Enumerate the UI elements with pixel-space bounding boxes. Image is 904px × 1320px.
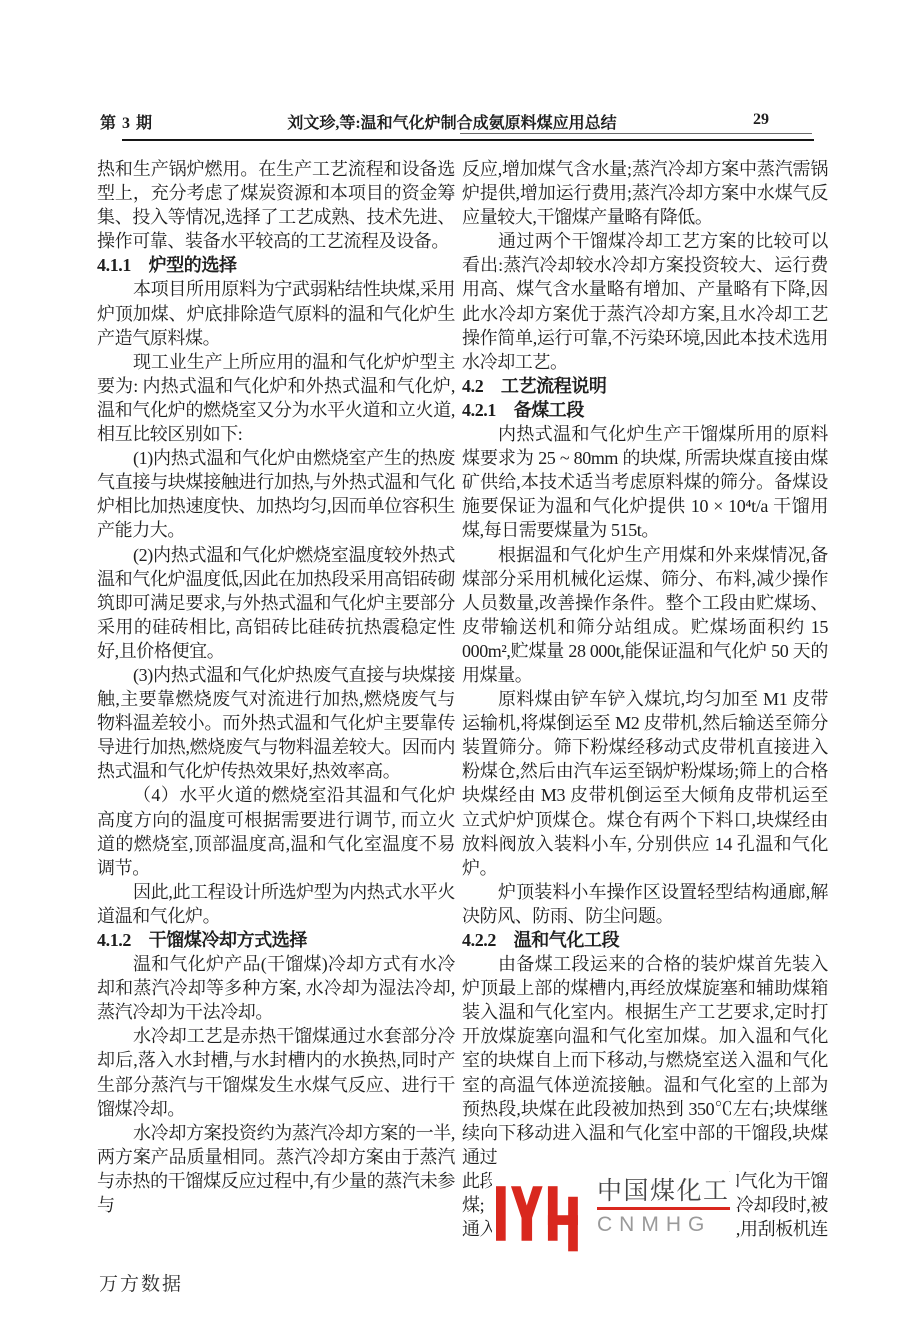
paragraph: 内热式温和气化炉生产干馏煤所用的原料煤要求为 25 ~ 80mm 的块煤, 所需… [462,422,828,542]
paragraph: 根据温和气化炉生产用煤和外来煤情况,备煤部分采用机械化运煤、筛分、布料,减少操作… [462,543,828,688]
section-heading: 4.2 工艺流程说明 [462,374,828,398]
header-rule-artifact [460,133,812,134]
section-heading: 4.2.1 备煤工段 [462,398,828,422]
paragraph: 原料煤由铲车铲入煤坑,均匀加至 M1 皮带运输机,将煤倒运至 M2 皮带机,然后… [462,687,828,880]
left-column: 热和生产锅炉燃用。在生产工艺流程和设备选型上，充分考虑了煤炭资源和本项目的资金筹… [97,157,455,1241]
paragraph: (3)内热式温和气化炉热废气直接与块煤接触,主要靠燃烧废气对流进行加热,燃烧废气… [97,663,455,783]
article-body: 热和生产锅炉燃用。在生产工艺流程和设备选型上，充分考虑了煤炭资源和本项目的资金筹… [97,157,828,1241]
footer-watermark: 万方数据 [99,1269,183,1296]
watermark-underline [597,1207,730,1210]
paragraph: 炉顶装料小车操作区设置轻型结构通廊,解决防风、防雨、防尘问题。 [462,880,828,928]
paragraph: 本项目所用原料为宁武弱粘结性块煤,采用炉顶加煤、炉底排除造气原料的温和气化炉生产… [97,277,455,349]
cnmhg-watermark: 中国煤化工 CNMHG [492,1172,736,1254]
paragraph: 反应,增加煤气含水量;蒸汽冷却方案中蒸汽需锅炉提供,增加运行费用;蒸汽冷却方案中… [462,157,828,229]
paragraph: (2)内热式温和气化炉燃烧室温度较外热式温和气化炉温度低,因此在加热段采用高铝砖… [97,543,455,663]
paragraph: 通过两个干馏煤冷却工艺方案的比较可以看出:蒸汽冷却较水冷却方案投资较大、运行费用… [462,229,828,374]
journal-page: 第 3 期 刘文珍,等:温和气化炉制合成氨原料煤应用总结 29 热和生产锅炉燃用… [0,0,904,1320]
header-page-number: 29 [753,111,769,129]
header-rule [122,139,814,141]
watermark-subtitle: CNMHG [597,1214,730,1236]
paragraph: 现工业生产上所应用的温和气化炉炉型主要为: 内热式温和气化炉和外热式温和气化炉,… [97,350,455,446]
obscured-line-right: 和气化为干馏 [722,1169,828,1193]
paragraph: 热和生产锅炉燃用。在生产工艺流程和设备选型上，充分考虑了煤炭资源和本项目的资金筹… [97,157,455,253]
paragraph: 因此,此工程设计所选炉型为内热式水平火道温和气化炉。 [97,880,455,928]
section-heading: 4.1.1 炉型的选择 [97,253,455,277]
paragraph: 由备煤工段运来的合格的装炉煤首先装入炉顶最上部的煤槽内,再经放煤旋塞和辅助煤箱装… [462,952,828,1169]
watermark-title: 中国煤化工 [597,1178,730,1206]
right-column: 反应,增加煤气含水量;蒸汽冷却方案中蒸汽需锅炉提供,增加运行费用;蒸汽冷却方案中… [462,157,828,1241]
cnmhg-logo-icon [496,1182,584,1252]
section-heading: 4.1.2 干馏煤冷却方式选择 [97,928,455,952]
section-heading: 4.2.2 温和气化工段 [462,928,828,952]
paragraph: 水冷却方案投资约为蒸汽冷却方案的一半,两方案产品质量相同。蒸汽冷却方案由于蒸汽与… [97,1121,455,1217]
paragraph: (1)内热式温和气化炉由燃烧室产生的热废气直接与块煤接触进行加热,与外热式温和气… [97,446,455,542]
paragraph: 水冷却工艺是赤热干馏煤通过水套部分冷却后,落入水封槽,与水封槽内的水换热,同时产… [97,1024,455,1120]
watermark-text: 中国煤化工 CNMHG [597,1178,730,1237]
obscured-text-region: 此段 和气化为干馏 煤; 的冷却段时,被 通入 右,用刮板机连 [462,1169,828,1241]
obscured-line-left: 煤; [462,1193,484,1217]
paragraph: （4）水平火道的燃烧室沿其温和气化炉高度方向的温度可根据需要进行调节, 而立火道… [97,783,455,879]
paragraph: 温和气化炉产品(干馏煤)冷却方式有水冷却和蒸汽冷却等多种方案, 水冷却为湿法冷却… [97,952,455,1024]
